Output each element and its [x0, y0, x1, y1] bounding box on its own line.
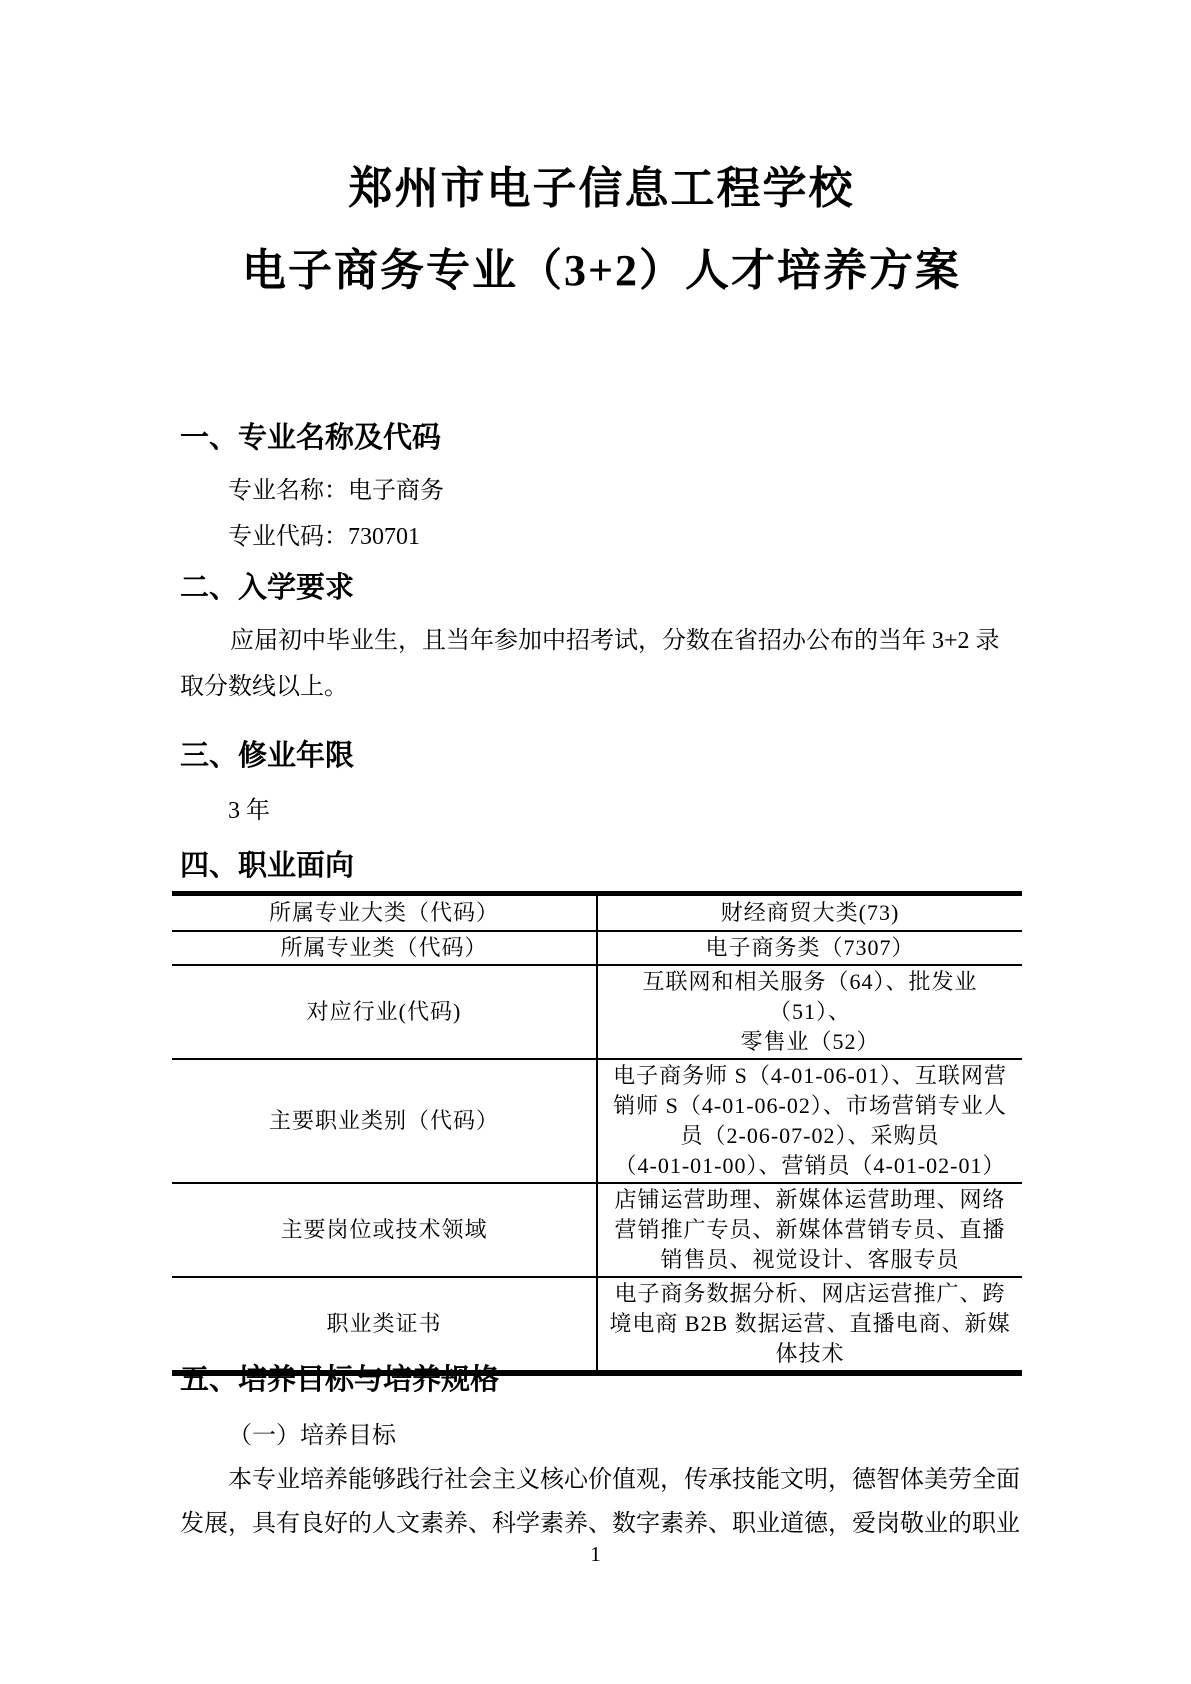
row-value: 互联网和相关服务（64）、批发业（51）、 零售业（52） [597, 965, 1022, 1059]
row-label: 所属专业大类（代码） [172, 894, 597, 932]
training-goal-subheading: （一）培养目标 [180, 1415, 1023, 1450]
table-row: 主要职业类别（代码） 电子商务师 S（4-01-06-01）、互联网营 销师 S… [172, 1059, 1022, 1183]
row-value: 电子商务师 S（4-01-06-01）、互联网营 销师 S（4-01-06-02… [597, 1059, 1022, 1183]
section-heading-3: 三、修业年限 [180, 733, 1023, 774]
major-name-line: 专业名称：电子商务 [180, 470, 1023, 505]
row-value: 电子商务类（7307） [597, 931, 1022, 965]
row-label: 主要职业类别（代码） [172, 1059, 597, 1183]
page-number: 1 [0, 1542, 1191, 1567]
section-heading-4: 四、职业面向 [180, 843, 1023, 884]
career-orientation-table: 所属专业大类（代码） 财经商贸大类(73) 所属专业类（代码） 电子商务类（73… [172, 891, 1022, 1376]
training-goal-paragraph: 本专业培养能够践行社会主义核心价值观，传承技能文明，德智体美劳全面 发展，具有良… [180, 1458, 1025, 1546]
row-value: 店铺运营助理、新媒体运营助理、网络 营销推广专员、新媒体营销专员、直播 销售员、… [597, 1183, 1022, 1277]
table-row: 对应行业(代码) 互联网和相关服务（64）、批发业（51）、 零售业（52） [172, 965, 1022, 1059]
admission-paragraph: 应届初中毕业生，且当年参加中招考试，分数在省招办公布的当年 3+2 录 取分数线… [180, 618, 1025, 710]
row-value: 财经商贸大类(73) [597, 894, 1022, 932]
table-row: 所属专业大类（代码） 财经商贸大类(73) [172, 894, 1022, 932]
row-label: 对应行业(代码) [172, 965, 597, 1059]
section-heading-5: 五、培养目标与培养规格 [180, 1357, 1023, 1398]
section-heading-1: 一、专业名称及代码 [180, 415, 1023, 456]
table-row: 所属专业类（代码） 电子商务类（7307） [172, 931, 1022, 965]
row-label: 所属专业类（代码） [172, 931, 597, 965]
table-row: 主要岗位或技术领域 店铺运营助理、新媒体运营助理、网络 营销推广专员、新媒体营销… [172, 1183, 1022, 1277]
major-code-line: 专业代码：730701 [180, 516, 1023, 551]
section-heading-2: 二、入学要求 [180, 565, 1023, 606]
doc-title-line1: 郑州市电子信息工程学校 [180, 152, 1023, 216]
study-years-line: 3 年 [180, 790, 1023, 825]
doc-title-line2: 电子商务专业（3+2）人才培养方案 [180, 234, 1023, 298]
document-page: 郑州市电子信息工程学校 电子商务专业（3+2）人才培养方案 一、专业名称及代码 … [0, 0, 1191, 1684]
row-label: 主要岗位或技术领域 [172, 1183, 597, 1277]
